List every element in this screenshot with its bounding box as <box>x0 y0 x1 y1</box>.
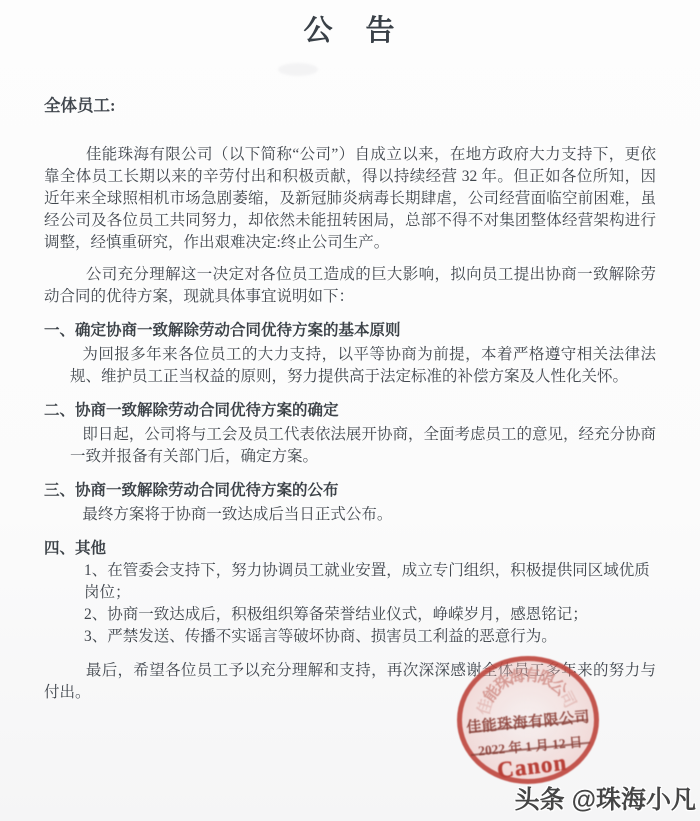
section-4-heading: 四、其他 <box>44 538 656 560</box>
paper-smudge <box>278 63 318 76</box>
section-2-heading: 二、协商一致解除劳动合同优待方案的确定 <box>44 400 656 422</box>
paragraph-plan: 公司充分理解这一决定对各位员工造成的巨大影响，拟向员工提出协商一致解除劳动合同的… <box>44 264 656 308</box>
section-4-item-3: 3、严禁发送、传播不实谣言等破坏协商、损害员工利益的恶意行为。 <box>84 626 656 648</box>
section-1: 一、确定协商一致解除劳动合同优待方案的基本原则 为回报多年来各位员工的大力支持，… <box>44 320 656 388</box>
toutiao-watermark: 头条 @珠海小凡 <box>515 780 696 816</box>
section-4: 四、其他 1、在管委会支持下，努力协调员工就业安置，成立专门组织，积极提供同区域… <box>44 538 656 648</box>
page-title: 公 告 <box>44 8 656 49</box>
section-1-body: 为回报多年来各位员工的大力支持，以平等协商为前提，本着严格遵守相关法律法规、维护… <box>70 344 656 388</box>
section-4-item-2: 2、协商一致达成后，积极组织筹备荣誉结业仪式，峥嵘岁月，感恩铭记； <box>84 604 656 626</box>
section-3-body: 最终方案将于协商一致达成后当日正式公布。 <box>70 504 656 526</box>
section-2-body: 即日起，公司将与工会及员工代表依法展开协商，全面考虑员工的意见，经充分协商一致并… <box>70 424 656 468</box>
announcement-document: 公 告 全体员工: 佳能珠海有限公司（以下简称“公司”）自成立以来，在地方政府大… <box>0 8 700 704</box>
section-3: 三、协商一致解除劳动合同优待方案的公布 最终方案将于协商一致达成后当日正式公布。 <box>44 480 656 526</box>
section-2: 二、协商一致解除劳动合同优待方案的确定 即日起，公司将与工会及员工代表依法展开协… <box>44 400 656 468</box>
section-3-heading: 三、协商一致解除劳动合同优待方案的公布 <box>44 480 656 502</box>
section-4-item-1: 1、在管委会支持下，努力协调员工就业安置，成立专门组织，积极提供同区域优质岗位； <box>84 560 656 604</box>
section-1-heading: 一、确定协商一致解除劳动合同优待方案的基本原则 <box>44 320 656 342</box>
company-seal-inner: 佳能珠海有限公司 佳能珠海有限公司 2022 年 1 月 12 日 Canon <box>457 655 599 784</box>
salutation: 全体员工: <box>44 95 656 117</box>
company-seal: 佳能珠海有限公司 佳能珠海有限公司 2022 年 1 月 12 日 Canon <box>457 656 599 784</box>
paragraph-intro: 佳能珠海有限公司（以下简称“公司”）自成立以来，在地方政府大力支持下，更依靠全体… <box>44 144 656 254</box>
